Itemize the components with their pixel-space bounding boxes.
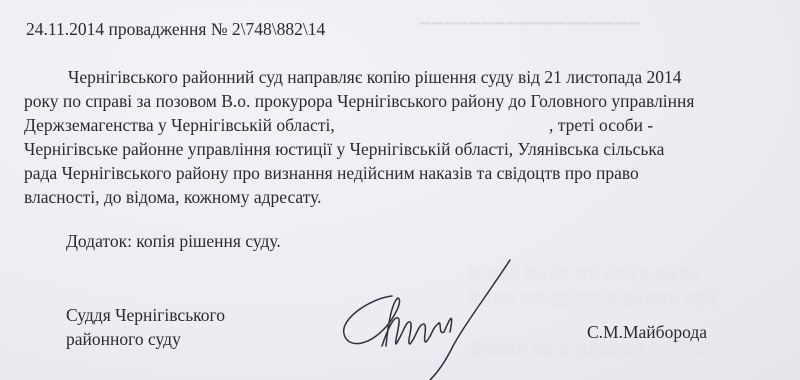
handwritten-signature-icon: [332, 258, 512, 380]
case-reference: 24.11.2014 провадження № 2\748\882\14: [26, 19, 325, 39]
judge-name: С.М.Майборода: [587, 322, 707, 342]
body-line-1: Чернігівського районний суд направляє ко…: [68, 67, 681, 87]
body-line-5: рада Чернігівського району про визнання …: [24, 163, 639, 183]
body-line-2: року по справі за позовом В.о. прокурора…: [24, 91, 694, 111]
body-line-4: Чернігівське районне управління юстиції …: [24, 139, 664, 159]
judge-title-line-1: Суддя Чернігівського: [66, 305, 225, 325]
judge-title-line-2: районного суду: [66, 329, 181, 349]
document-page: ▁▁▁▁▁▁▁▁▁▁▁▁▁▁▁▁▁▁ ░ ░░░ ░░░░ ░░ ░░░░ ░░…: [0, 0, 800, 380]
body-line-3-cont: , треті особи -: [549, 115, 653, 135]
body-line-3: Держземагенства у Чернігівській області,: [24, 115, 335, 135]
bleed-through-text: ▁▁▁▁▁▁▁▁▁▁▁▁▁▁▁▁▁▁: [420, 8, 641, 27]
attachment-note: Додаток: копія рішення суду.: [66, 231, 281, 251]
body-line-6: власності, до відома, кожному адресату.: [24, 187, 322, 207]
